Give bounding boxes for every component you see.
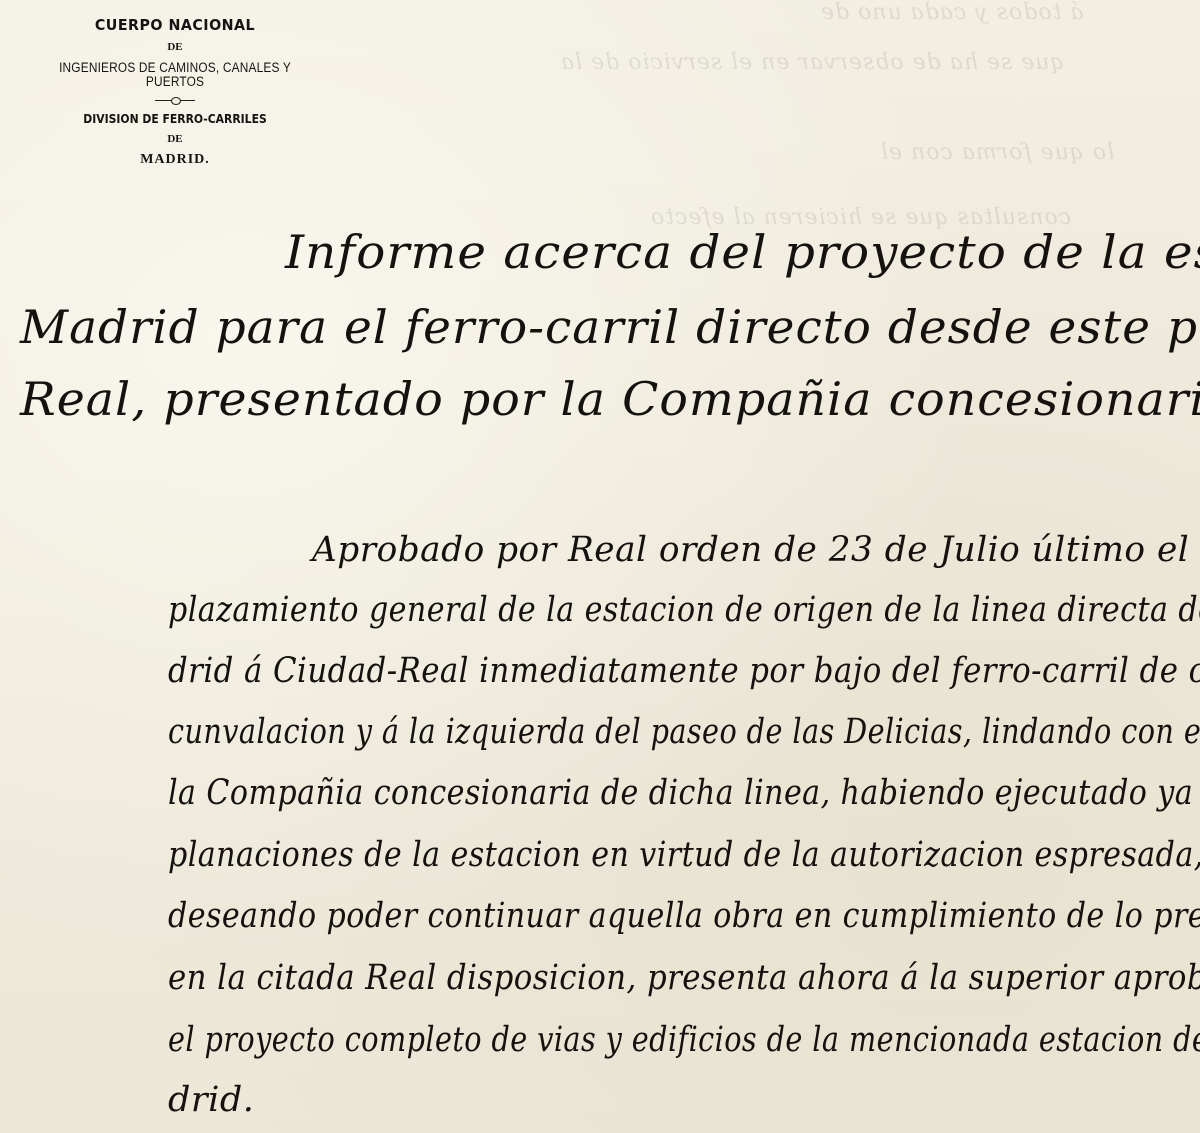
letterhead-engineers: INGENIEROS DE CAMINOS, CANALES Y PUERTOS (30, 61, 320, 88)
body-line: el proyecto completo de vias y edificios… (168, 1020, 1200, 1060)
ornament-divider-icon (155, 96, 195, 104)
letterhead: CUERPO NACIONAL DE INGENIEROS DE CAMINOS… (10, 6, 340, 167)
letterhead-division: DIVISION DE FERRO-CARRILES (27, 113, 324, 125)
body-line: drid. (168, 1080, 254, 1120)
title-line: Madrid para el ferro-carril directo desd… (20, 300, 1200, 354)
body-line: cunvalacion y á la izquierda del paseo d… (168, 712, 1200, 752)
body-line: Aprobado por Real orden de 23 de Julio ú… (312, 530, 1200, 570)
letterhead-de: DE (10, 42, 340, 53)
body-line: planaciones de la estacion en virtud de … (168, 835, 1200, 875)
body-line: la Compañia concesionaria de dicha linea… (168, 773, 1200, 813)
body-line: en la citada Real disposicion, presenta … (168, 958, 1200, 998)
body-line: drid á Ciudad-Real inmediatamente por ba… (168, 651, 1200, 691)
body-line: deseando poder continuar aquella obra en… (168, 896, 1200, 936)
letterhead-de-2: DE (10, 134, 340, 145)
letterhead-city: MADRID. (10, 153, 340, 167)
body-line: plazamiento general de la estacion de or… (168, 590, 1200, 630)
title-line: Real, presentado por la Compañia concesi… (20, 372, 1200, 426)
title-line: Informe acerca del proyecto de la estaci… (285, 225, 1200, 279)
letterhead-corps: CUERPO NACIONAL (18, 18, 332, 33)
